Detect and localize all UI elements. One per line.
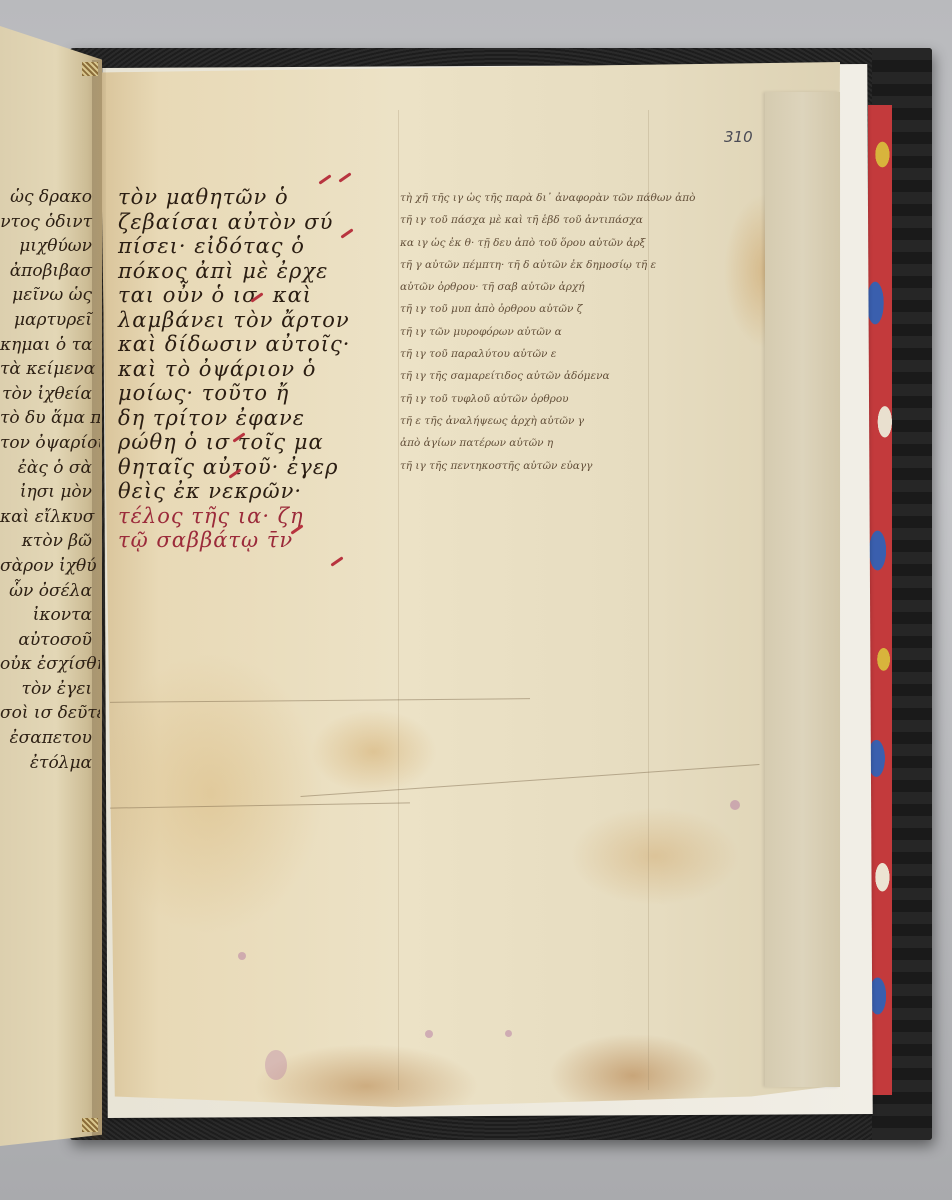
tailband-sewing [82, 1118, 98, 1132]
text-line: ὧν ὀσέλα [0, 579, 100, 604]
text-line: αὐτοσοῦ [0, 628, 100, 653]
text-line: τὸ δυ ἅμα πό [0, 406, 100, 431]
text-line: τῆ ιγ τοῦ μυπ ἀπὸ ὀρθρου αὐτῶν ζ [400, 298, 750, 320]
text-line: ται οὖν ὁ ισ· καὶ [118, 283, 368, 308]
text-line: ντος ὁδιντ [0, 210, 100, 235]
manuscript-photograph: 310 ὡς δρακο ντος ὁδιντ μιχθύων ἀποβιβασ… [0, 0, 952, 1200]
text-line: τον ὀψαρίου [0, 431, 100, 456]
text-line: τὸν μαθητῶν ὁ [118, 185, 368, 210]
text-line: τῆ ιγ τῆς σαμαρείτιδος αὐτῶν ἀδόμενα [400, 365, 750, 387]
rubric-line: τῷ σαββάτῳ τ̄ν [118, 528, 368, 553]
text-line: ἐὰς ὁ σὰ [0, 456, 100, 481]
text-line: κτὸν βῶ [0, 529, 100, 554]
text-line: μιχθύων [0, 234, 100, 259]
text-line: δη τρίτον ἐφανε [118, 406, 368, 431]
text-line: ἰκοντα [0, 603, 100, 628]
text-line: τὴ χῆ τῆς ιγ ὡς τῆς παρὰ δι᾽ ἀναφορὰν τῶ… [400, 187, 750, 209]
text-line: θεὶς ἐκ νεκρῶν· [118, 479, 368, 504]
text-line: θηταῖς αὐτοῦ· ἐγερ [118, 455, 368, 480]
text-line: τῆ ιγ τοῦ παραλύτου αὐτῶν ε [400, 343, 750, 365]
stain-spot [265, 1050, 287, 1080]
headband-sewing [82, 62, 98, 76]
text-line: ἀπὸ ἀγίων πατέρων αὐτῶν η [400, 432, 750, 454]
folio-fold-strip [765, 92, 840, 1087]
text-line: ὡς δρακο [0, 185, 100, 210]
text-line: ζεβαίσαι αὐτὸν σύ [118, 210, 368, 235]
text-line: τῆ ιγ τοῦ πάσχα μὲ καὶ τῆ ἑβδ τοῦ ἀντιπά… [400, 209, 750, 231]
text-line: κα ιγ ὡς ἐκ θ· τῇ δευ ἀπὸ τοῦ ὅρου αὐτῶν… [400, 232, 750, 254]
stain-spot [425, 1030, 433, 1038]
text-line: τῆ ιγ τῶν μυροφόρων αὐτῶν α [400, 321, 750, 343]
text-line: καὶ δίδωσιν αὐτοῖς· [118, 332, 368, 357]
ruling-line [398, 110, 399, 1090]
text-line: ἰησι μὸν [0, 480, 100, 505]
text-line: τῆ ιγ τῆς πεντηκοστῆς αὐτῶν εὐαγγ [400, 455, 750, 477]
text-line: καὶ τὸ ὀψάριον ὁ [118, 357, 368, 382]
text-line: ἐσαπετου [0, 726, 100, 751]
text-line: σοὶ ισ δεῦτε [0, 701, 100, 726]
text-line: λαμβάνει τὸν ἄρτον [118, 308, 368, 333]
text-line: τὰ κείμενα [0, 357, 100, 382]
left-page-text: ὡς δρακο ντος ὁδιντ μιχθύων ἀποβιβασ μεῖ… [0, 185, 100, 775]
text-line: ἐτόλμα [0, 751, 100, 776]
text-line: σὰρον ἰχθύ [0, 554, 100, 579]
stain-spot [730, 800, 740, 810]
text-line: τὸν ἐγει [0, 677, 100, 702]
folio-number: 310 [724, 128, 753, 146]
text-line: ἀποβιβασ [0, 259, 100, 284]
text-line: καὶ εἴλκυσ [0, 505, 100, 530]
text-line: οὐκ ἐσχίσθη [0, 652, 100, 677]
stain-spot [238, 952, 246, 960]
stain-spot [505, 1030, 512, 1037]
text-line: αὐτῶν ὀρθρου· τῆ σαβ αὐτῶν ἀρχή [400, 276, 750, 298]
main-text-column: τὸν μαθητῶν ὁ ζεβαίσαι αὐτὸν σύ πίσει· ε… [118, 185, 368, 553]
text-line: τὸν ἰχθεία [0, 382, 100, 407]
rubric-line: τέλος τῆς ια· ζη [118, 504, 368, 529]
text-line: μαρτυρεῖ [0, 308, 100, 333]
text-line: κημαι ὁ τα [0, 333, 100, 358]
text-line: τῆ ιγ τοῦ τυφλοῦ αὐτῶν ὀρθρου [400, 388, 750, 410]
text-line: τῆ ε τῆς ἀναλήψεως ἀρχὴ αὐτῶν γ [400, 410, 750, 432]
text-line: μεῖνω ὡς [0, 283, 100, 308]
secondary-text-column: τὴ χῆ τῆς ιγ ὡς τῆς παρὰ δι᾽ ἀναφορὰν τῶ… [400, 187, 750, 477]
text-line: μοίως· τοῦτο ἤ [118, 381, 368, 406]
text-line: πίσει· εἰδότας ὁ [118, 234, 368, 259]
text-line: τῆ γ αὐτῶν πέμπτη· τῆ δ αὐτῶν ἐκ δημοσίῳ… [400, 254, 750, 276]
text-line: πόκος ἀπὶ μὲ ἐρχε [118, 259, 368, 284]
